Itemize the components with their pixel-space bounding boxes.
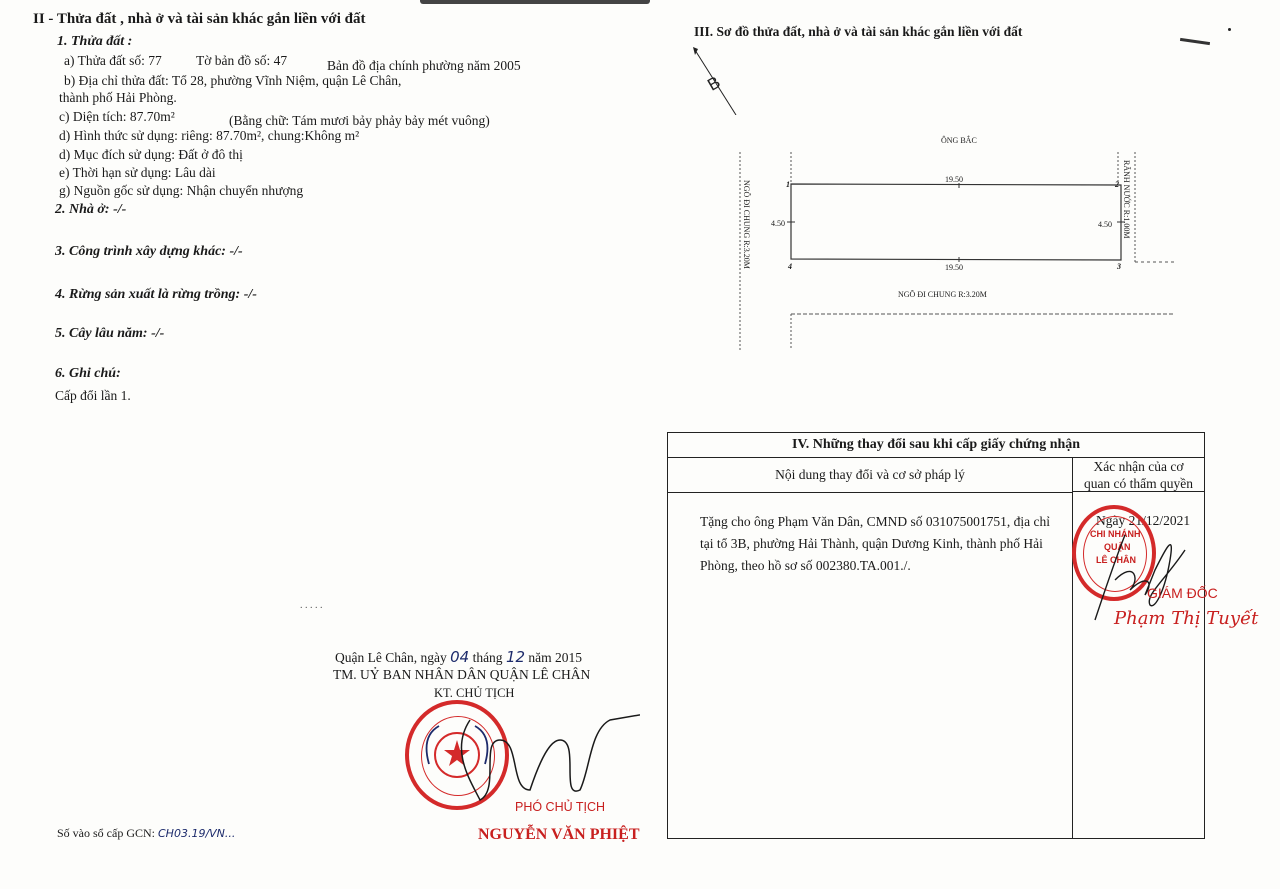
vice-chairman-name: NGUYỄN VĂN PHIỆT <box>478 826 640 844</box>
map-source: Bản đồ địa chính phường năm 2005 <box>327 58 521 74</box>
road-left-label: NGÕ ĐI CHUNG R:3.20M <box>742 180 751 269</box>
area: c) Diện tích: 87.70m² <box>59 109 175 125</box>
register-number-value: CH03.19/VN... <box>158 827 235 840</box>
scan-edge <box>420 0 650 4</box>
house-item: 2. Nhà ở: -/- <box>55 202 126 218</box>
parcel-address: b) Địa chỉ thửa đất: Tổ 28, phường Vĩnh … <box>64 73 401 89</box>
scan-mark <box>1180 38 1210 45</box>
land-heading: 1. Thửa đất : <box>57 34 132 50</box>
parcel-diagram <box>725 140 1185 360</box>
director-role: GIÁM ĐỐC <box>1147 585 1218 601</box>
area-in-words: (Bằng chữ: Tám mươi bảy phảy bảy mét vuô… <box>229 113 490 129</box>
vertex-3: 3 <box>1117 262 1121 271</box>
dim-bottom: 19.50 <box>945 263 963 272</box>
change-entry: Tặng cho ông Phạm Văn Dân, CMND số 03107… <box>700 511 1060 577</box>
col-header-confirm: Xác nhận của cơ quan có thẩm quyền <box>1072 457 1204 492</box>
scan-speck <box>1228 28 1231 31</box>
issue-place-date: Quận Lê Chân, ngày 04 tháng 12 năm 2015 <box>335 648 582 666</box>
issue-month: 12 <box>506 648 525 666</box>
issuing-authority: TM. UỶ BAN NHÂN DÂN QUẬN LÊ CHÂN <box>333 667 590 683</box>
section-3-title: III. Sơ đồ thửa đất, nhà ở và tài sản kh… <box>694 24 1022 40</box>
perennial-item: 5. Cây lâu năm: -/- <box>55 326 164 342</box>
road-bottom-label: NGÕ ĐI CHUNG R:3.20M <box>898 290 987 299</box>
map-sheet-number: Tờ bản đồ số: 47 <box>196 53 287 69</box>
dim-left: 4.50 <box>771 219 785 228</box>
drain-right-label: RÃNH NƯỚC R:1.00M <box>1122 160 1131 238</box>
month-label: tháng <box>473 650 503 665</box>
register-number-label: Số vào sổ cấp GCN: <box>57 826 155 840</box>
section-4-title: IV. Những thay đổi sau khi cấp giấy chứn… <box>668 433 1204 458</box>
notes-text: Cấp đổi lần 1. <box>55 388 131 404</box>
changes-table: IV. Những thay đổi sau khi cấp giấy chứn… <box>667 432 1205 839</box>
vertex-4: 4 <box>788 262 792 271</box>
scan-dots: . . . . . <box>300 600 323 611</box>
usage-form: d) Hình thức sử dụng: riêng: 87.70m², ch… <box>59 128 359 144</box>
col-header-confirm-line1: Xác nhận của cơ <box>1073 458 1204 475</box>
col-header-confirm-line2: quan có thẩm quyền <box>1073 475 1204 492</box>
issue-day: 04 <box>450 648 469 666</box>
other-construction-item: 3. Công trình xây dựng khác: -/- <box>55 244 243 260</box>
parcel-number: a) Thửa đất số: 77 <box>64 53 162 69</box>
usage-purpose: d) Mục đích sử dụng: Đất ở đô thị <box>59 147 243 163</box>
notes-heading: 6. Ghi chú: <box>55 366 121 382</box>
usage-term: e) Thời hạn sử dụng: Lâu dài <box>59 165 216 181</box>
usage-origin: g) Nguồn gốc sử dụng: Nhận chuyển nhượng <box>59 183 303 199</box>
vice-chairman-role: PHÓ CHỦ TỊCH <box>515 800 605 814</box>
issue-year: năm 2015 <box>528 650 582 665</box>
section-2-title: II - Thửa đất , nhà ở và tài sản khác gắ… <box>33 11 366 28</box>
on-behalf-label: KT. CHỦ TỊCH <box>434 686 514 701</box>
vertex-1: 1 <box>786 180 790 189</box>
col-header-content: Nội dung thay đổi và cơ sở pháp lý <box>668 457 1072 493</box>
register-number: Số vào sổ cấp GCN: CH03.19/VN... <box>57 826 235 841</box>
forest-item: 4. Rừng sản xuất là rừng trồng: -/- <box>55 287 257 303</box>
vertex-2: 2 <box>1115 180 1119 189</box>
north-arrow-icon: B <box>690 45 770 115</box>
parcel-address-city: thành phố Hải Phòng. <box>59 90 177 106</box>
place-date-prefix: Quận Lê Chân, ngày <box>335 650 447 665</box>
dim-right: 4.50 <box>1098 220 1112 229</box>
dim-top: 19.50 <box>945 175 963 184</box>
director-name: Phạm Thị Tuyết <box>1114 608 1258 629</box>
